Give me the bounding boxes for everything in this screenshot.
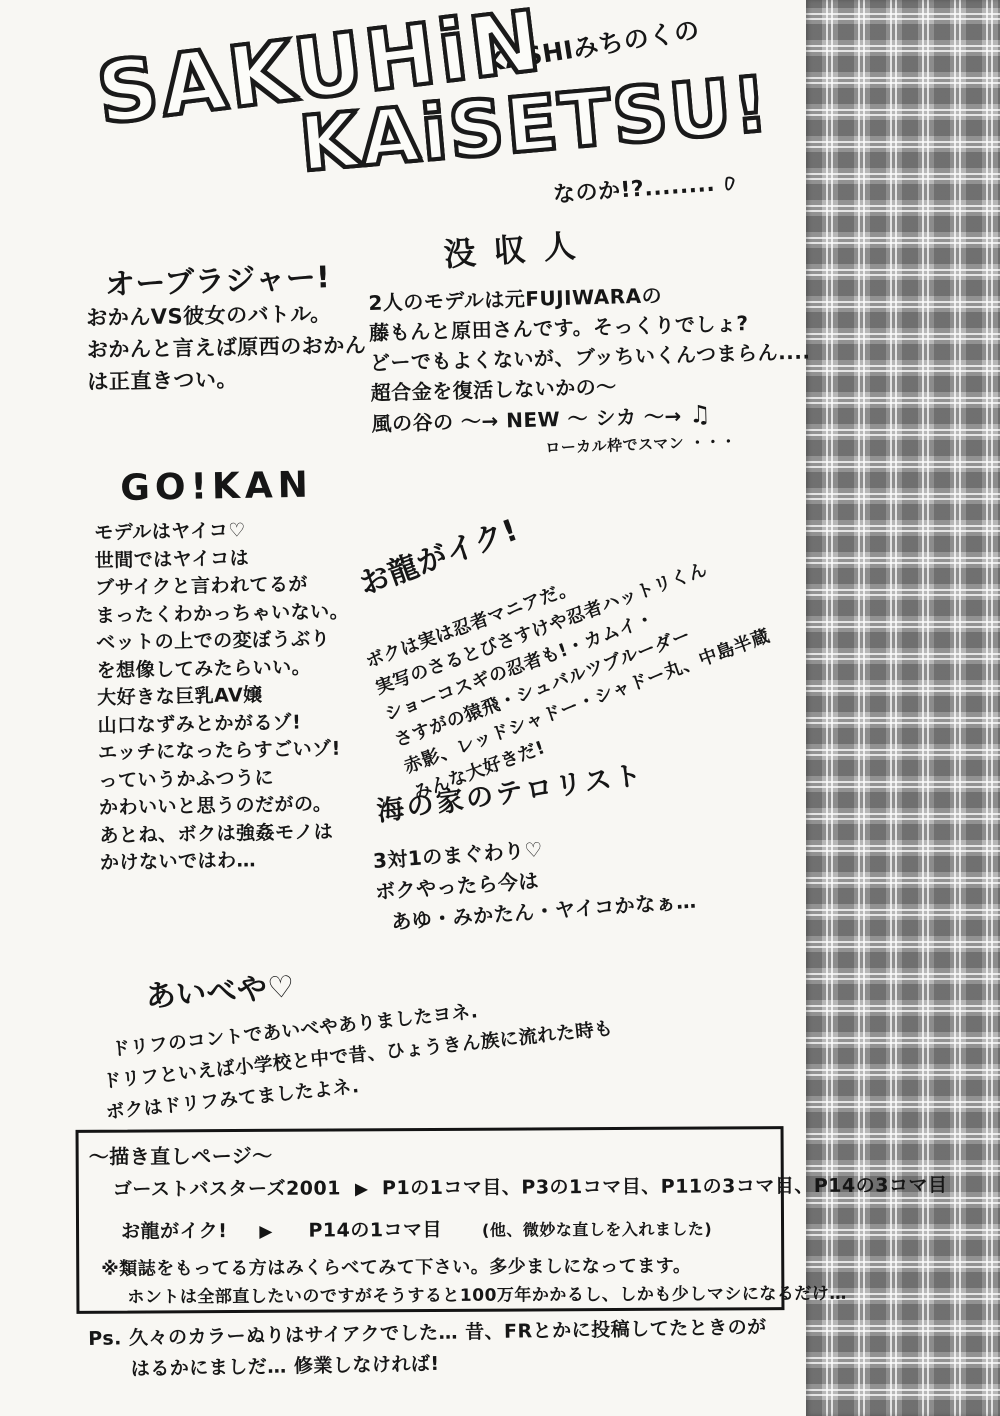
section-heading-bosshuunin: 没収人 (442, 220, 595, 276)
text-line: は正直きつい。 (87, 361, 367, 398)
text-line: 大好きな巨乳AV嬢 (97, 681, 351, 713)
text-line: っていうかふつうに (98, 763, 352, 795)
revision-box-title: 〜描き直しページ〜 (89, 1140, 273, 1170)
sweat-drop-icon (724, 176, 736, 192)
text-line: あとね、ボクは強姦モノは (99, 818, 353, 850)
text-line: エッチになったらすごいゾ! (98, 736, 352, 768)
revision-note-line: ホントは全部直したいのですがそうすると100万年かかるし、しかも少しマシになるだ… (127, 1279, 847, 1308)
play-arrow-icon: ▶ (355, 1179, 368, 1199)
revision-row-label: ゴーストバスターズ2001 (113, 1173, 341, 1201)
text-line: を想像してみたらいい。 (96, 653, 350, 685)
music-notes-icon: ♫ (689, 400, 712, 429)
revision-row-note: (他、微妙な直しを入れました) (482, 1217, 712, 1241)
text-line-part: 風の谷の 〜→ NEW 〜 シカ 〜→ (371, 404, 682, 436)
revision-notes-box: 〜描き直しページ〜 ゴーストバスターズ2001 ▶ P1の1コマ目、P3の1コマ… (76, 1126, 785, 1314)
section-body-oburajaa: おかんVS彼女のバトル。 おかんと言えば原西のおかん は正直きつい。 (86, 297, 367, 398)
ps-block: Ps. 久々のカラーぬりはサイアクでした… 昔、FRとかに投稿してたときのが は… (88, 1312, 767, 1386)
section-body-gokan: モデルはヤイコ♡ 世間ではヤイコは ブサイクと言われてるが まったくわかっちゃい… (94, 516, 354, 878)
text-line: おかんVS彼女のバトル。 (86, 297, 366, 334)
logo-tagline: なのか!?........ (552, 165, 735, 209)
text-line: モデルはヤイコ♡ (94, 516, 348, 548)
revision-row: ゴーストバスターズ2001 ▶ P1の1コマ目、P3の1コマ目、P11の3コマ目… (113, 1170, 948, 1201)
text-line: まったくわかっちゃいない。 (95, 598, 349, 630)
section-heading-oryu: お龍がイク! (352, 505, 523, 603)
section-heading-aibeya: あいべや♡ (144, 962, 296, 1016)
plaid-fabric-strip (806, 0, 1000, 1416)
text-line: おかんと言えば原西のおかん (87, 329, 367, 366)
logo-tagline-text: なのか!?........ (552, 172, 716, 208)
section-body-umi: 3対1のまぐわり♡ ボクやったら今は あゆ・みかたん・ヤイコかなぁ… (372, 824, 698, 939)
text-line: ベットの上での変ぼうぶり (96, 626, 350, 658)
section-body-bosshuunin: 2人のモデルは元FUJIWARAの 藤もんと原田さんです。そっくりでしょ? どー… (368, 276, 812, 438)
text-line: ブサイクと言われてるが (95, 571, 349, 603)
revision-row-label: お龍がイク! (121, 1216, 227, 1244)
scanned-afterword-page: KASHIみちのくの SAKUHiN KAiSETSU! なのか!?......… (0, 0, 1000, 1416)
play-arrow-icon: ▶ (259, 1222, 272, 1242)
text-line: かわいいと思うのだがの。 (99, 791, 353, 823)
revision-row-value: P14の1コマ目 (308, 1215, 442, 1243)
text-line: かけないではわ… (100, 846, 354, 878)
section-heading-oburajaa: オーブラジャー! (104, 252, 331, 304)
revision-note-line: ※類誌をもってる方はみくらべてみて下さい。多少ましになってます。 (101, 1252, 691, 1281)
text-line: 世間ではヤイコは (94, 543, 348, 575)
revision-row: お龍がイク! ▶ P14の1コマ目 (他、微妙な直しを入れました) (121, 1214, 712, 1244)
text-line: 山口なずみとかがるゾ! (97, 708, 351, 740)
section-heading-gokan: GO!KAN (120, 465, 313, 509)
bosshuunin-small-note: ローカル枠でスマン ・・・ (545, 430, 737, 458)
revision-row-value: P1の1コマ目、P3の1コマ目、P11の3コマ目、P14の3コマ目 (382, 1170, 948, 1200)
